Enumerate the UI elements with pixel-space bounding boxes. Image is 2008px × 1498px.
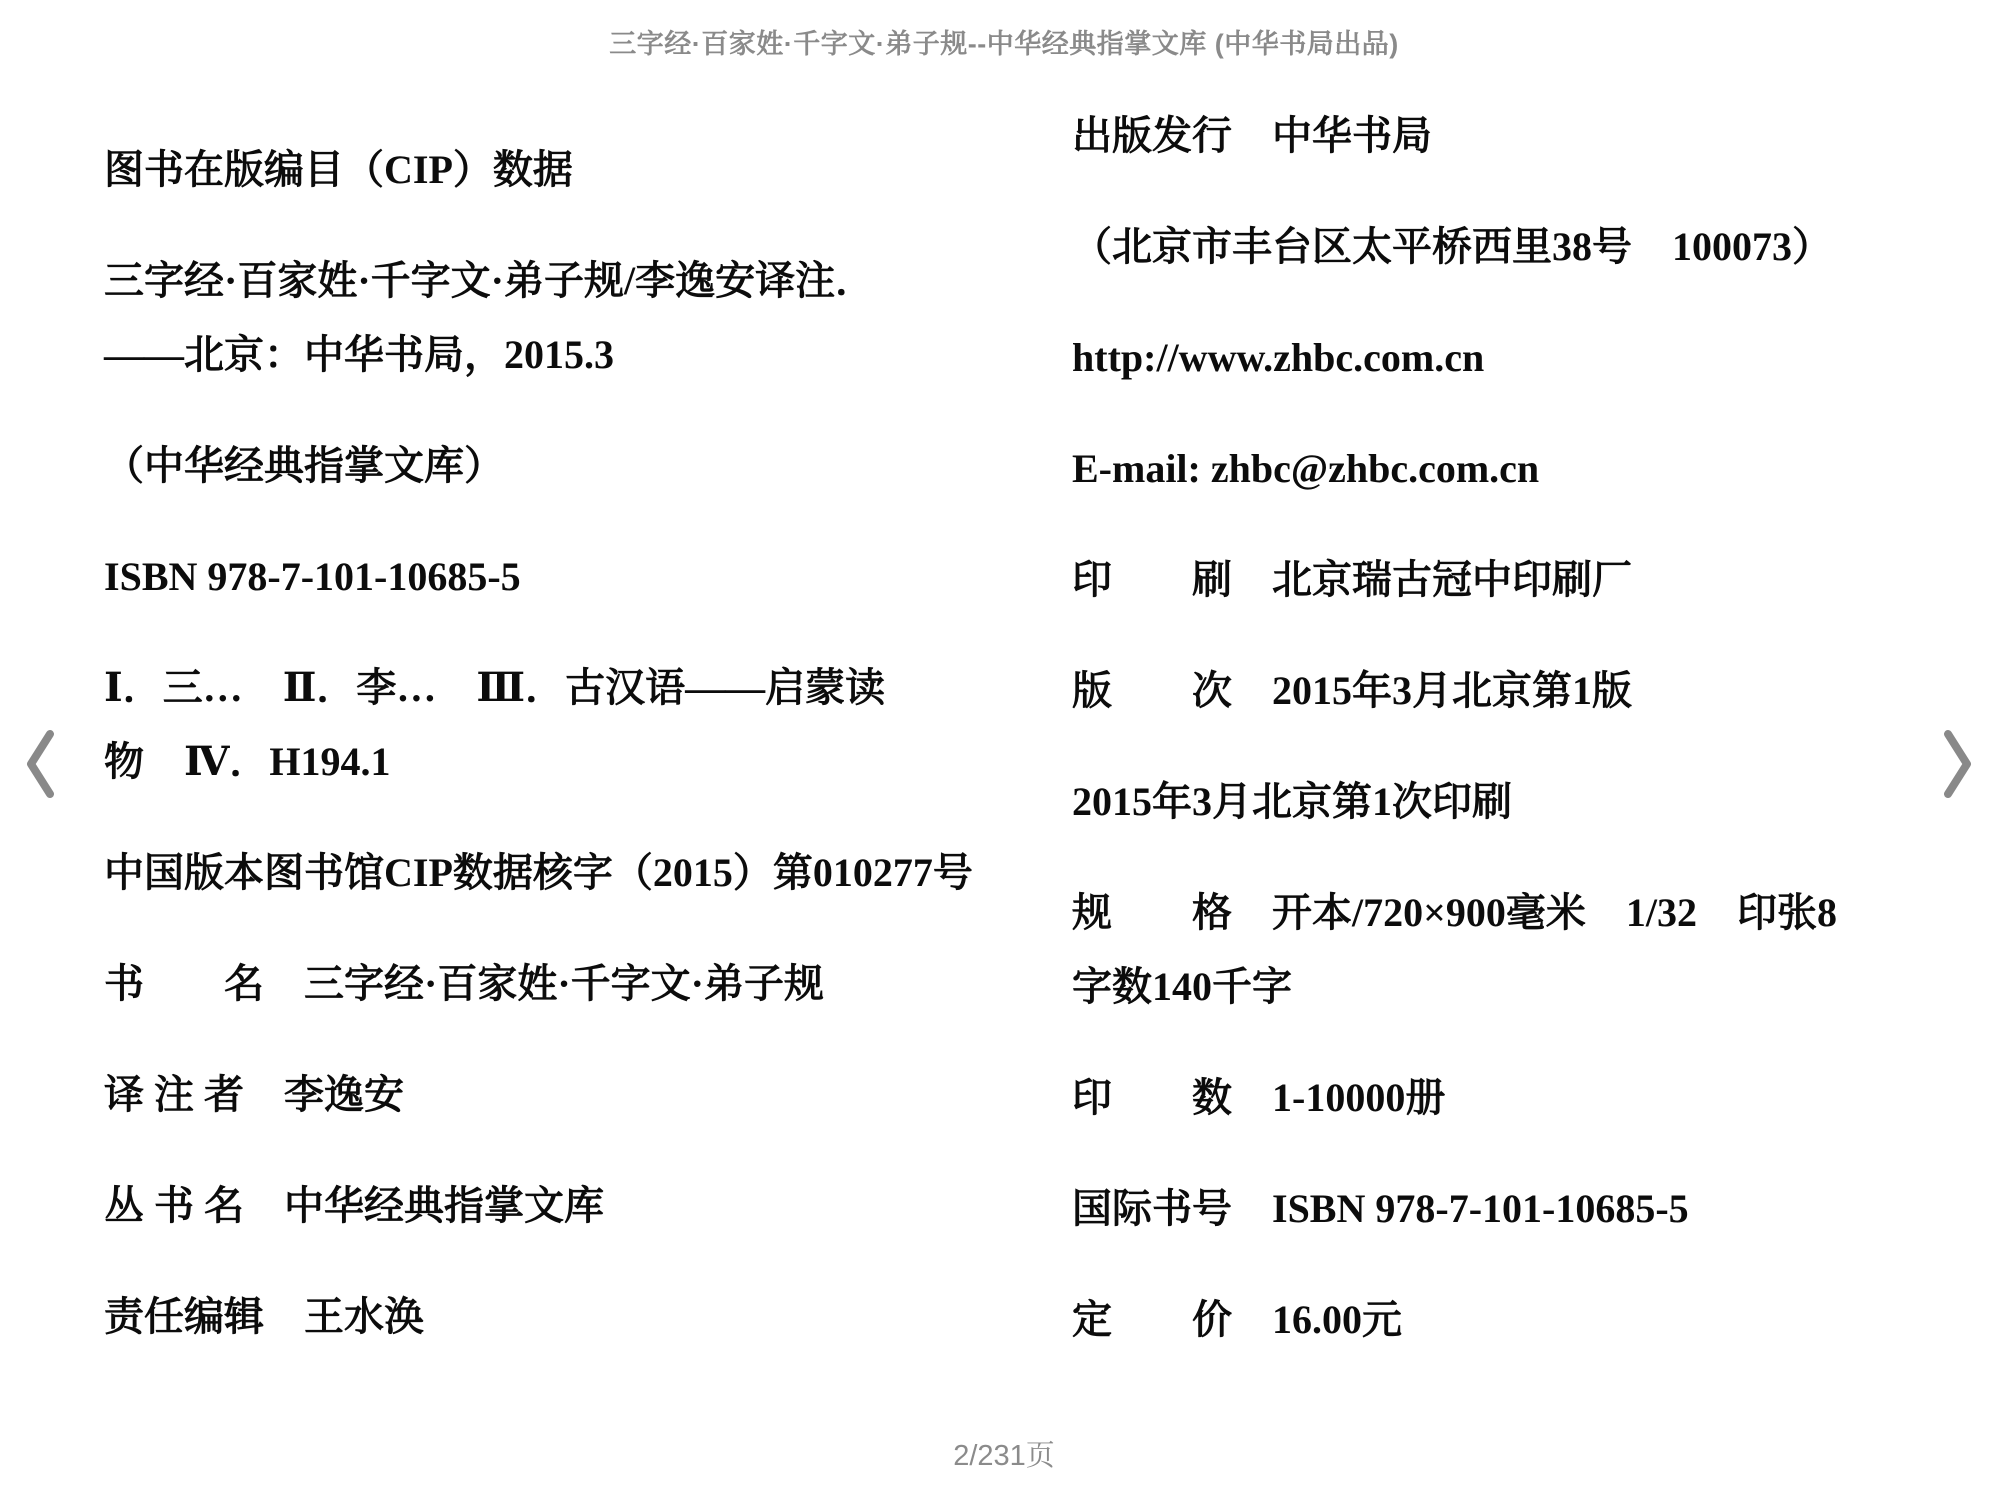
text-line: 丛 书 名 中华经典指掌文库 xyxy=(104,1182,1014,1230)
text-line: 印 数 1-10000册 xyxy=(1072,1074,2002,1122)
publishing-right-column: 出版发行 中华书局（北京市丰台区太平桥西里38号 100073）http://w… xyxy=(1072,112,2002,1344)
text-line: ——北京：中华书局，2015.3 xyxy=(104,331,1014,379)
prev-page-button[interactable] xyxy=(12,718,68,810)
text-line: 物 Ⅳ．H194.1 xyxy=(104,738,1014,786)
text-line: 字数140千字 xyxy=(1072,963,2002,1011)
text-line: 译 注 者 李逸安 xyxy=(104,1071,1014,1119)
text-line: 国际书号 ISBN 978-7-101-10685-5 xyxy=(1072,1185,2002,1233)
text-line: 规 格 开本/720×900毫米 1/32 印张8 xyxy=(1072,889,2002,937)
text-line: http://www.zhbc.com.cn xyxy=(1072,334,2002,382)
text-line: ISBN 978-7-101-10685-5 xyxy=(104,553,1014,601)
text-line: 中国版本图书馆CIP数据核字（2015）第010277号 xyxy=(104,849,1014,897)
book-header-title: 三字经·百家姓·千字文·弟子规--中华经典指掌文库 (中华书局出品) xyxy=(0,22,2008,61)
chevron-right-icon xyxy=(1941,728,1975,800)
page-indicator: 2/231页 xyxy=(0,1433,2008,1474)
text-line: 定 价 16.00元 xyxy=(1072,1296,2002,1344)
text-line: 责任编辑 王水涣 xyxy=(104,1293,1014,1341)
text-line: 版 次 2015年3月北京第1版 xyxy=(1072,667,2002,715)
text-line: 印 刷 北京瑞古冠中印刷厂 xyxy=(1072,556,2002,604)
text-line: 三字经·百家姓·千字文·弟子规/李逸安译注． xyxy=(104,257,1014,305)
chevron-left-icon xyxy=(23,728,57,800)
text-line: Ⅰ．三… Ⅱ．李… Ⅲ．古汉语——启蒙读 xyxy=(104,664,1014,712)
text-line: E-mail: zhbc@zhbc.com.cn xyxy=(1072,445,2002,493)
text-line: 出版发行 中华书局 xyxy=(1072,112,2002,160)
text-line: （北京市丰台区太平桥西里38号 100073） xyxy=(1072,223,2002,271)
next-page-button[interactable] xyxy=(1930,718,1986,810)
reader-page: 三字经·百家姓·千字文·弟子规--中华经典指掌文库 (中华书局出品) 图书在版编… xyxy=(0,0,2008,1498)
text-line: 2015年3月北京第1次印刷 xyxy=(1072,778,2002,826)
text-line: 图书在版编目（CIP）数据 xyxy=(104,146,1014,194)
text-line: 书 名 三字经·百家姓·千字文·弟子规 xyxy=(104,960,1014,1008)
text-line: （中华经典指掌文库） xyxy=(104,442,1014,490)
cip-left-column: 图书在版编目（CIP）数据三字经·百家姓·千字文·弟子规/李逸安译注．——北京：… xyxy=(104,146,1014,1341)
